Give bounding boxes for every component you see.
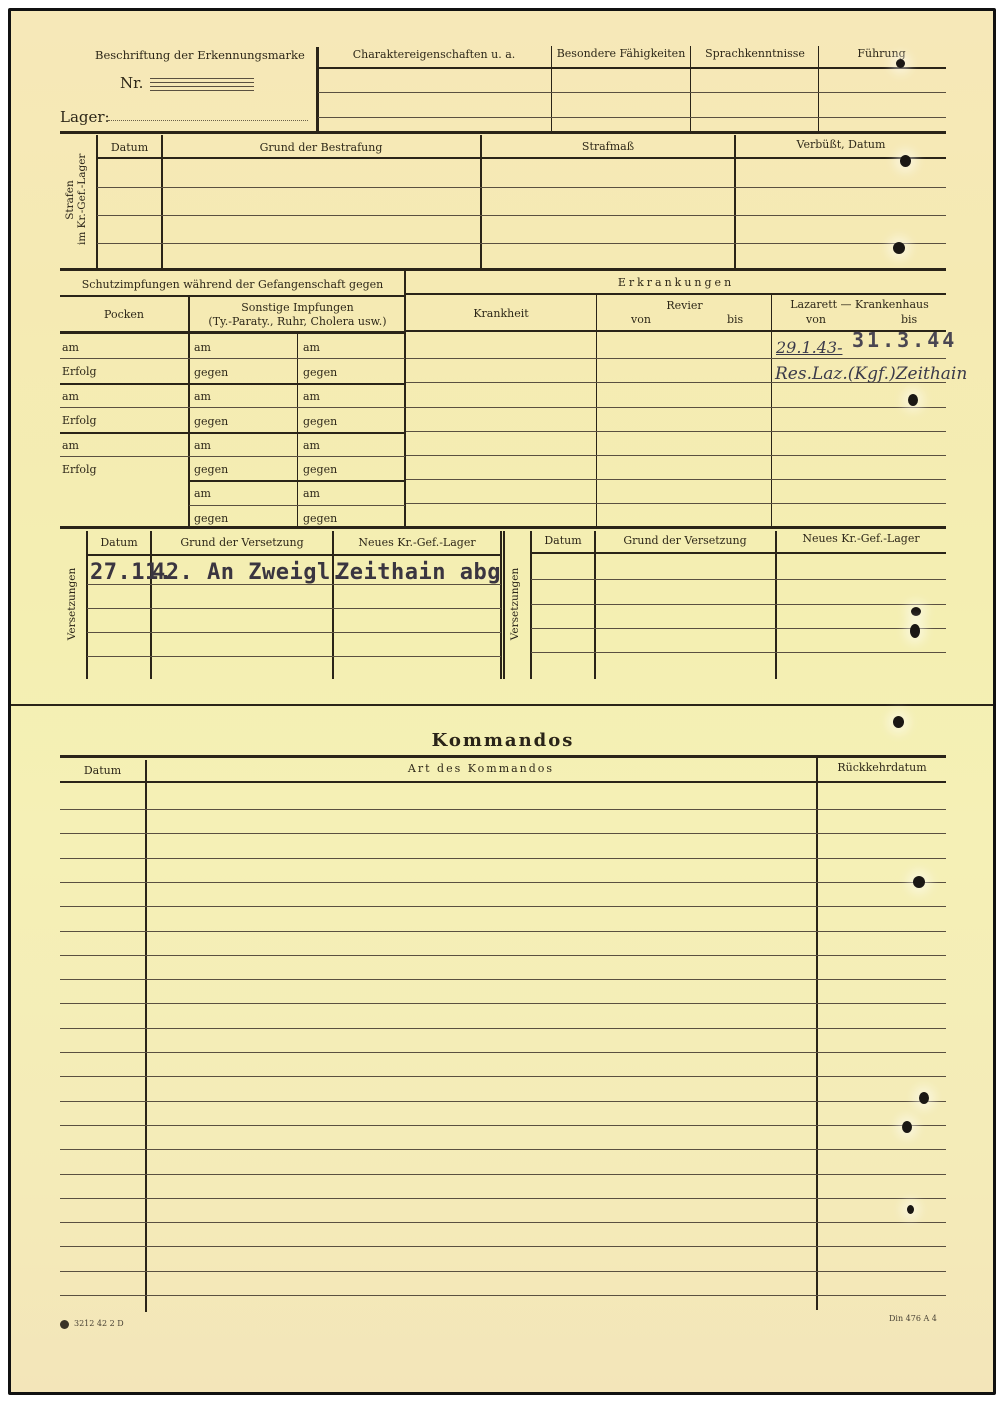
erkrankungen-row[interactable] xyxy=(406,479,946,480)
impfungen-col-sonstige-line1: Sonstige Impfungen xyxy=(190,301,405,314)
vers-left-col-lager: Neues Kr.-Gef.-Lager xyxy=(334,536,500,549)
print-code: 3212 42 2 D xyxy=(74,1319,124,1328)
erkrankungen-col-krankheit: Krankheit xyxy=(406,307,596,320)
vers-left-row[interactable] xyxy=(87,608,501,609)
lazarett-von: von xyxy=(806,313,826,326)
erkrankungen-row[interactable] xyxy=(406,455,946,456)
erkrankungen-col-lazarett: Lazarett — Krankenhaus xyxy=(773,298,946,311)
kommandos-row[interactable] xyxy=(60,955,946,956)
erkrankungen-row[interactable] xyxy=(406,407,946,408)
impfungen-col-pocken: Pocken xyxy=(60,308,188,321)
strafen-row[interactable] xyxy=(97,215,946,216)
impf-row[interactable] xyxy=(60,456,405,457)
lazarett-bis-entry: 31.3.44 xyxy=(852,328,957,352)
strafen-side-label: Strafen im Kr.-Gef.-Lager xyxy=(64,155,92,245)
vers-right-col-lager: Neues Kr.-Gef.-Lager xyxy=(777,532,945,545)
punch-hole xyxy=(896,59,905,68)
fold-line xyxy=(11,704,993,706)
pocken-row-label: am xyxy=(62,390,79,403)
header-row[interactable] xyxy=(318,117,946,118)
kommandos-row[interactable] xyxy=(60,1295,946,1296)
col-sprachkenntnisse: Sprachkenntnisse xyxy=(691,47,819,60)
kommandos-col-rueckkehr: Rückkehrdatum xyxy=(818,761,946,774)
col-fuehrung: Führung xyxy=(819,47,944,60)
pocken-row-label: am xyxy=(62,341,79,354)
kommandos-row[interactable] xyxy=(60,833,946,834)
kommandos-row[interactable] xyxy=(60,809,946,810)
punch-hole xyxy=(913,876,925,888)
kommandos-row[interactable] xyxy=(60,1052,946,1053)
versetzungen-side-label-left: Versetzungen xyxy=(66,564,80,644)
kommandos-row[interactable] xyxy=(60,1076,946,1077)
erkrankungen-row[interactable] xyxy=(406,358,946,359)
punch-hole xyxy=(902,1121,912,1133)
vers-entry-grund: 42. An Zweigl. xyxy=(152,560,344,585)
kommandos-row[interactable] xyxy=(60,1003,946,1004)
punch-hole xyxy=(908,394,918,406)
impfungen-title: Schutzimpfungen während der Gefangenscha… xyxy=(60,278,405,291)
col-besondere-faehigkeiten: Besondere Fähigkeiten xyxy=(552,47,690,60)
kommandos-col-datum: Datum xyxy=(60,764,145,777)
strafen-col-strafmass: Strafmaß xyxy=(482,140,734,153)
sonstige-gegen: gegen xyxy=(194,512,228,525)
sonstige-gegen: gegen xyxy=(194,415,228,428)
header-row[interactable] xyxy=(318,92,946,93)
impf-row[interactable] xyxy=(189,505,405,506)
vers-right-row[interactable] xyxy=(531,652,946,653)
kommandos-row[interactable] xyxy=(60,1149,946,1150)
erkrankungen-title: Erkrankungen xyxy=(406,276,946,289)
kommandos-row[interactable] xyxy=(60,931,946,932)
sonstige-am: am xyxy=(303,487,320,500)
vers-right-col-datum: Datum xyxy=(532,534,594,547)
sonstige-am: am xyxy=(194,487,211,500)
sonstige-gegen: gegen xyxy=(194,463,228,476)
kommandos-row[interactable] xyxy=(60,858,946,859)
kommandos-row[interactable] xyxy=(60,1125,946,1126)
impf-row[interactable] xyxy=(60,358,405,359)
kommandos-row[interactable] xyxy=(60,1198,946,1199)
col-charaktereigenschaften: Charaktereigenschaften u. a. xyxy=(318,48,550,61)
vers-right-row[interactable] xyxy=(531,579,946,580)
print-logo-icon xyxy=(60,1320,69,1329)
sonstige-am: am xyxy=(303,390,320,403)
vers-entry-lager: Zeithain abg xyxy=(336,560,501,585)
vers-left-row[interactable] xyxy=(87,656,501,657)
vers-right-row[interactable] xyxy=(531,604,946,605)
erkrankungen-col-revier: Revier xyxy=(598,299,771,312)
pocken-row-label: Erfolg xyxy=(62,365,97,378)
form-sheet xyxy=(11,11,993,1392)
sonstige-am: am xyxy=(194,439,211,452)
strafen-col-datum: Datum xyxy=(98,141,161,154)
vers-left-col-datum: Datum xyxy=(88,536,150,549)
strafen-row[interactable] xyxy=(97,187,946,188)
sonstige-am: am xyxy=(303,341,320,354)
kommandos-title: Kommandos xyxy=(60,730,946,751)
lazarett-bis: bis xyxy=(901,313,917,326)
strafen-side-label-line1: Strafen xyxy=(64,155,76,245)
strafen-row[interactable] xyxy=(97,243,946,244)
revier-bis: bis xyxy=(727,313,743,326)
vers-left-row[interactable] xyxy=(87,632,501,633)
kommandos-row[interactable] xyxy=(60,979,946,980)
pocken-row-label: Erfolg xyxy=(62,414,97,427)
punch-hole xyxy=(893,716,904,728)
sonstige-gegen: gegen xyxy=(303,415,337,428)
strafen-col-grund: Grund der Bestrafung xyxy=(163,141,479,154)
lager-field[interactable] xyxy=(108,120,308,122)
kommandos-row[interactable] xyxy=(60,1101,946,1102)
vers-right-row[interactable] xyxy=(531,628,946,629)
lager-label: Lager: xyxy=(60,108,110,126)
vers-left-col-grund: Grund der Versetzung xyxy=(152,536,332,549)
punch-hole xyxy=(900,155,911,167)
punch-hole xyxy=(911,607,921,616)
sonstige-am: am xyxy=(194,341,211,354)
kommandos-row[interactable] xyxy=(60,882,946,883)
punch-hole xyxy=(919,1092,929,1104)
sonstige-gegen: gegen xyxy=(194,366,228,379)
punch-hole xyxy=(910,624,920,638)
strafen-col-verbuesst: Verbüßt, Datum xyxy=(736,138,946,151)
punch-hole xyxy=(893,242,905,254)
impfungen-col-sonstige-line2: (Ty.-Paraty., Ruhr, Cholera usw.) xyxy=(190,315,405,328)
vers-right-col-grund: Grund der Versetzung xyxy=(596,534,774,547)
revier-von: von xyxy=(631,313,651,326)
kommandos-row[interactable] xyxy=(60,1222,946,1223)
kommandos-row[interactable] xyxy=(60,1174,946,1175)
nr-field[interactable] xyxy=(150,76,254,90)
kommandos-row[interactable] xyxy=(60,1246,946,1247)
impf-row[interactable] xyxy=(60,407,405,408)
strafen-side-label-line2: im Kr.-Gef.-Lager xyxy=(76,155,88,245)
sonstige-am: am xyxy=(303,439,320,452)
kommandos-row[interactable] xyxy=(60,1028,946,1029)
erkrankungen-row[interactable] xyxy=(406,431,946,432)
punch-hole xyxy=(907,1205,914,1214)
din-format: Din 476 A 4 xyxy=(889,1314,937,1323)
sonstige-am: am xyxy=(194,390,211,403)
erkennungsmarke-label: Beschriftung der Erkennungsmarke xyxy=(95,48,285,62)
lazarett-von-entry: 29.1.43- xyxy=(776,338,842,357)
pocken-row-label: Erfolg xyxy=(62,463,97,476)
kommandos-row[interactable] xyxy=(60,906,946,907)
versetzungen-side-label-right: Versetzungen xyxy=(509,564,523,644)
erkrankungen-row[interactable] xyxy=(406,503,946,504)
sonstige-gegen: gegen xyxy=(303,512,337,525)
kommandos-col-art: Art des Kommandos xyxy=(147,762,815,775)
kommandos-row[interactable] xyxy=(60,1271,946,1272)
nr-label: Nr. xyxy=(120,74,143,92)
sonstige-gegen: gegen xyxy=(303,366,337,379)
pocken-row-label: am xyxy=(62,439,79,452)
sonstige-gegen: gegen xyxy=(303,463,337,476)
lazarett-ort-entry: Res.Laz.(Kgf.)Zeithain xyxy=(775,364,967,384)
